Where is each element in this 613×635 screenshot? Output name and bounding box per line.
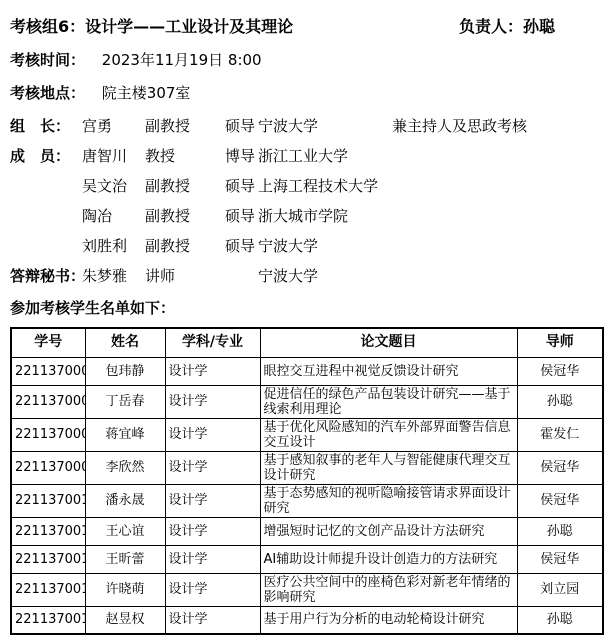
assessment-time-label: 考核时间： <box>10 51 97 69</box>
table-row: 2211370014 许晓萌 设计学 医疗公共空间中的座椅色彩对新老年情绪的影响… <box>11 573 603 606</box>
committee-role-label: 答辩秘书： <box>10 267 82 285</box>
committee-member-title: 教授 <box>145 147 225 165</box>
committee-row: 陶冶 副教授 硕导 浙大城市学院 <box>10 201 603 231</box>
committee-row: 组 长： 宫勇 副教授 硕导 宁波大学 兼主持人及思政考核 <box>10 111 603 141</box>
assessment-document: 考核组6：设计学——工业设计及其理论 负责人：孙聪 考核时间： 2023年11月… <box>0 0 613 635</box>
assessment-place-value: 院主楼307室 <box>102 84 191 102</box>
supervisor-cell: 侯冠华 <box>517 484 603 517</box>
student-id-cell: 2211370014 <box>11 573 85 606</box>
major-cell: 设计学 <box>165 357 260 385</box>
committee-advisor-type: 博导 <box>225 147 258 165</box>
major-cell: 设计学 <box>165 545 260 573</box>
major-cell: 设计学 <box>165 484 260 517</box>
group-title: 考核组6：设计学——工业设计及其理论 <box>10 18 293 36</box>
student-name-cell: 潘永晟 <box>85 484 165 517</box>
thesis-title-cell: 基于用户行为分析的电动轮椅设计研究 <box>260 606 517 634</box>
supervisor-cell: 霍发仁 <box>517 418 603 451</box>
committee-row: 刘胜利 副教授 硕导 宁波大学 <box>10 231 603 261</box>
student-name-cell: 赵昱权 <box>85 606 165 634</box>
committee-member-name: 刘胜利 <box>82 237 145 255</box>
document-header: 考核组6：设计学——工业设计及其理论 负责人：孙聪 <box>10 18 603 36</box>
committee-row: 答辩秘书： 朱梦雅 讲师 宁波大学 <box>10 261 603 291</box>
student-name-cell: 包玮静 <box>85 357 165 385</box>
student-name-cell: 许晓萌 <box>85 573 165 606</box>
student-id-cell: 2211370001 <box>11 357 85 385</box>
supervisor-cell: 孙聪 <box>517 606 603 634</box>
committee-member-name: 宫勇 <box>82 117 145 135</box>
thesis-title-cell: 增强短时记忆的文创产品设计方法研究 <box>260 517 517 545</box>
table-row: 2211370013 王昕蕾 设计学 AI辅助设计师提升设计创造力的方法研究 侯… <box>11 545 603 573</box>
thesis-title-cell: 基于态势感知的视听隐喻接管请求界面设计研究 <box>260 484 517 517</box>
committee-advisor-type: 硕导 <box>225 117 258 135</box>
major-cell: 设计学 <box>165 451 260 484</box>
supervisor-cell: 侯冠华 <box>517 357 603 385</box>
thesis-title-cell: 眼控交互进程中视觉反馈设计研究 <box>260 357 517 385</box>
col-header-student-id: 学号 <box>11 328 85 357</box>
committee-role-label: 成 员： <box>10 147 82 165</box>
committee-university: 浙大城市学院 <box>258 207 392 225</box>
committee-advisor-type: 硕导 <box>225 207 258 225</box>
assessment-place-label: 考核地点： <box>10 84 97 102</box>
col-header-major: 学科/专业 <box>165 328 260 357</box>
major-cell: 设计学 <box>165 573 260 606</box>
committee-member-name: 陶冶 <box>82 207 145 225</box>
committee-row: 成 员： 唐智川 教授 博导 浙江工业大学 <box>10 141 603 171</box>
student-name-cell: 丁岳春 <box>85 385 165 418</box>
student-roster-table: 学号 姓名 学科/专业 论文题目 导师 2211370001 包玮静 设计学 眼… <box>10 327 604 635</box>
committee-member-title: 副教授 <box>145 177 225 195</box>
committee-member-title: 副教授 <box>145 237 225 255</box>
table-row: 2211370001 包玮静 设计学 眼控交互进程中视觉反馈设计研究 侯冠华 <box>11 357 603 385</box>
roster-header-row: 学号 姓名 学科/专业 论文题目 导师 <box>11 328 603 357</box>
major-cell: 设计学 <box>165 418 260 451</box>
committee-member-title: 副教授 <box>145 207 225 225</box>
committee-university: 浙江工业大学 <box>258 147 392 165</box>
thesis-title-cell: 促进信任的绿色产品包装设计研究——基于线索利用理论 <box>260 385 517 418</box>
col-header-thesis-title: 论文题目 <box>260 328 517 357</box>
table-row: 2211370009 李欣然 设计学 基于感知叙事的老年人与智能健康代理交互设计… <box>11 451 603 484</box>
committee-note: 兼主持人及思政考核 <box>392 117 603 135</box>
committee-university: 上海工程技术大学 <box>258 177 392 195</box>
committee-university: 宁波大学 <box>258 237 392 255</box>
committee-university: 宁波大学 <box>258 267 392 285</box>
student-id-cell: 2211370007 <box>11 418 85 451</box>
assessment-time-line: 考核时间： 2023年11月19日 8:00 <box>10 51 603 69</box>
committee-member-title: 讲师 <box>145 267 225 285</box>
leader-name: 负责人：孙聪 <box>459 18 555 36</box>
table-row: 2211370007 蒋宜峰 设计学 基于优化风险感知的汽车外部界面警告信息交互… <box>11 418 603 451</box>
committee-member-name: 朱梦雅 <box>82 267 145 285</box>
student-name-cell: 王昕蕾 <box>85 545 165 573</box>
major-cell: 设计学 <box>165 517 260 545</box>
student-id-cell: 2211370012 <box>11 517 85 545</box>
thesis-title-cell: 基于感知叙事的老年人与智能健康代理交互设计研究 <box>260 451 517 484</box>
committee-member-name: 吴文治 <box>82 177 145 195</box>
thesis-title-cell: 基于优化风险感知的汽车外部界面警告信息交互设计 <box>260 418 517 451</box>
student-name-cell: 王心谊 <box>85 517 165 545</box>
student-id-cell: 2211370013 <box>11 545 85 573</box>
committee-university: 宁波大学 <box>258 117 392 135</box>
committee-row: 吴文治 副教授 硕导 上海工程技术大学 <box>10 171 603 201</box>
student-id-cell: 2211370009 <box>11 451 85 484</box>
major-cell: 设计学 <box>165 385 260 418</box>
roster-title: 参加考核学生名单如下： <box>10 299 603 317</box>
supervisor-cell: 侯冠华 <box>517 545 603 573</box>
student-name-cell: 蒋宜峰 <box>85 418 165 451</box>
supervisor-cell: 刘立园 <box>517 573 603 606</box>
table-row: 2211370011 潘永晟 设计学 基于态势感知的视听隐喻接管请求界面设计研究… <box>11 484 603 517</box>
student-id-cell: 2211370011 <box>11 484 85 517</box>
thesis-title-cell: 医疗公共空间中的座椅色彩对新老年情绪的影响研究 <box>260 573 517 606</box>
student-id-cell: 2211370004 <box>11 385 85 418</box>
col-header-supervisor: 导师 <box>517 328 603 357</box>
student-name-cell: 李欣然 <box>85 451 165 484</box>
table-row: 2211370004 丁岳春 设计学 促进信任的绿色产品包装设计研究——基于线索… <box>11 385 603 418</box>
thesis-title-cell: AI辅助设计师提升设计创造力的方法研究 <box>260 545 517 573</box>
committee-list: 组 长： 宫勇 副教授 硕导 宁波大学 兼主持人及思政考核 成 员： 唐智川 教… <box>10 111 603 291</box>
supervisor-cell: 侯冠华 <box>517 451 603 484</box>
assessment-place-line: 考核地点： 院主楼307室 <box>10 84 603 102</box>
major-cell: 设计学 <box>165 606 260 634</box>
supervisor-cell: 孙聪 <box>517 517 603 545</box>
student-id-cell: 2211370015 <box>11 606 85 634</box>
col-header-student-name: 姓名 <box>85 328 165 357</box>
committee-role-label: 组 长： <box>10 117 82 135</box>
assessment-time-value: 2023年11月19日 8:00 <box>102 51 262 69</box>
table-row: 2211370012 王心谊 设计学 增强短时记忆的文创产品设计方法研究 孙聪 <box>11 517 603 545</box>
committee-advisor-type: 硕导 <box>225 177 258 195</box>
supervisor-cell: 孙聪 <box>517 385 603 418</box>
committee-member-title: 副教授 <box>145 117 225 135</box>
table-row: 2211370015 赵昱权 设计学 基于用户行为分析的电动轮椅设计研究 孙聪 <box>11 606 603 634</box>
committee-member-name: 唐智川 <box>82 147 145 165</box>
committee-advisor-type: 硕导 <box>225 237 258 255</box>
